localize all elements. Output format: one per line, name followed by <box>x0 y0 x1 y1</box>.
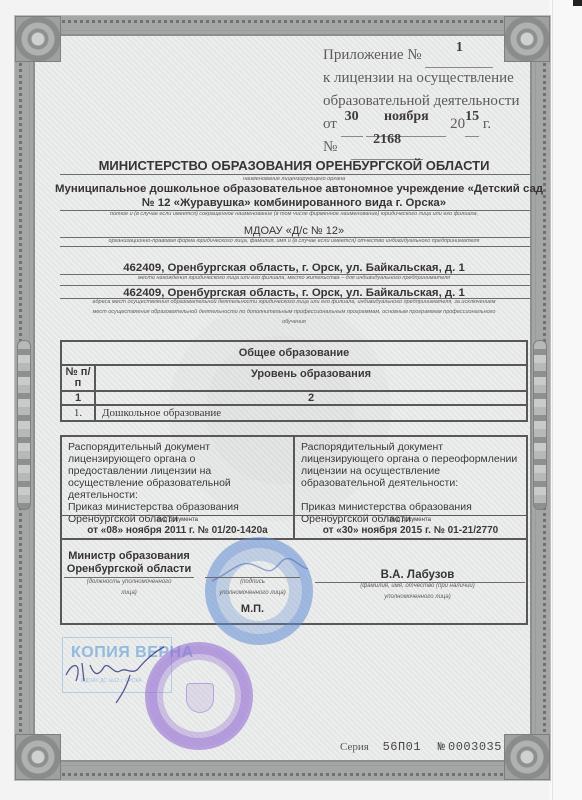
signer-position-line2: Оренбургской области <box>64 563 194 575</box>
authority-caption: наименование лицензирующего органа <box>60 176 528 182</box>
appendix-header: Приложение № 1 к лицензии на осуществлен… <box>323 44 503 159</box>
license-no-label: № <box>323 139 337 155</box>
reissue-kind-caption: вид документа <box>295 517 526 523</box>
sign-caption-line2: уполномоченного лица) <box>205 590 300 596</box>
signer-name: В.А. Лабузов <box>315 569 520 581</box>
year-field: 15 <box>465 113 479 137</box>
form-number: 0003035 <box>448 740 502 754</box>
grant-text: Распорядительный документ лицензирующего… <box>68 441 268 501</box>
position-caption-line2: лица) <box>64 590 194 596</box>
grant-kind-caption: вид документа <box>62 517 293 523</box>
signer-position-line1: Министр образования <box>64 550 194 562</box>
org-full-name-line2: № 12 «Журавушка» комбинированного вида г… <box>55 197 533 209</box>
year-prefix: 20 <box>450 116 465 132</box>
authority-name: МИНИСТЕРСТВО ОБРАЗОВАНИЯ ОРЕНБУРГСКОЙ ОБ… <box>60 158 528 173</box>
eagle-emblem-icon <box>186 683 214 713</box>
org-full-name-caption: полное и (в случае если имеется) сокраще… <box>60 211 528 217</box>
handwritten-signature-icon <box>60 645 170 705</box>
form-series: Серия 56П01 № 0003035 <box>340 740 502 754</box>
col-no-header: № п/п <box>61 365 95 391</box>
divider <box>60 174 530 175</box>
col-level-index: 2 <box>95 391 527 405</box>
col-no-index: 1 <box>61 391 95 405</box>
reissue-order-ref: от «30» ноября 2015 г. № 01-21/2770 <box>295 525 526 536</box>
education-table: Общее образование № п/п Уровень образова… <box>60 340 528 422</box>
grant-document: Распорядительный документ лицензирующего… <box>62 437 295 538</box>
license-no-field: 2168 <box>351 136 423 160</box>
series-label: Серия <box>340 741 369 753</box>
position-caption-line1: (должность уполномоченного <box>64 579 194 585</box>
document-content: Приложение № 1 к лицензии на осуществлен… <box>0 0 582 800</box>
form-number-label: № <box>438 740 446 754</box>
activity-caption-line2: мест осуществления образовательной деяте… <box>60 309 528 315</box>
org-full-name-line1: Муниципальное дошкольное образовательное… <box>55 183 533 195</box>
name-caption-line2: уполномоченного лица) <box>315 594 520 600</box>
appendix-line2: к лицензии на осуществление <box>323 67 503 90</box>
row-no: 1. <box>61 405 95 421</box>
reissue-document: Распорядительный документ лицензирующего… <box>295 437 526 538</box>
col-level-header: Уровень образования <box>95 365 527 391</box>
documents-box: Распорядительный документ лицензирующего… <box>60 435 528 540</box>
org-short-name: МДОАУ «Д/с № 12» <box>60 225 528 237</box>
row-level: Дошкольное образование <box>95 405 527 421</box>
signature-line <box>205 577 300 578</box>
divider <box>60 285 530 286</box>
reissue-text: Распорядительный документ лицензирующего… <box>301 441 523 489</box>
name-caption-line1: (фамилия, имя, отчество (при наличии) <box>315 583 520 589</box>
appendix-no-field: 1 <box>425 44 493 68</box>
day-field: 30 <box>341 113 363 137</box>
table-row: 1. Дошкольное образование <box>61 405 527 421</box>
education-table-title: Общее образование <box>61 341 527 365</box>
series-value: 56П01 <box>383 740 422 754</box>
org-location-caption: место нахождения юридического лица или е… <box>60 275 528 281</box>
org-location: 462409, Оренбургская область, г. Орск, у… <box>60 262 528 274</box>
year-suffix-label: г. <box>483 116 491 132</box>
divider <box>64 577 194 578</box>
from-label: от <box>323 116 337 132</box>
sign-caption-line1: (подпись <box>205 579 300 585</box>
activity-caption-line3: обучения <box>60 319 528 325</box>
appendix-no-label: Приложение № <box>323 47 422 63</box>
activity-caption-line1: адреса мест осуществления образовательно… <box>60 299 528 305</box>
divider <box>60 246 530 247</box>
org-short-name-caption: организационно-правовая форма юридическо… <box>60 238 528 244</box>
seal-label: М.П. <box>205 603 300 615</box>
grant-order-ref: от «08» ноября 2011 г. № 01/20-1420а <box>62 525 293 536</box>
